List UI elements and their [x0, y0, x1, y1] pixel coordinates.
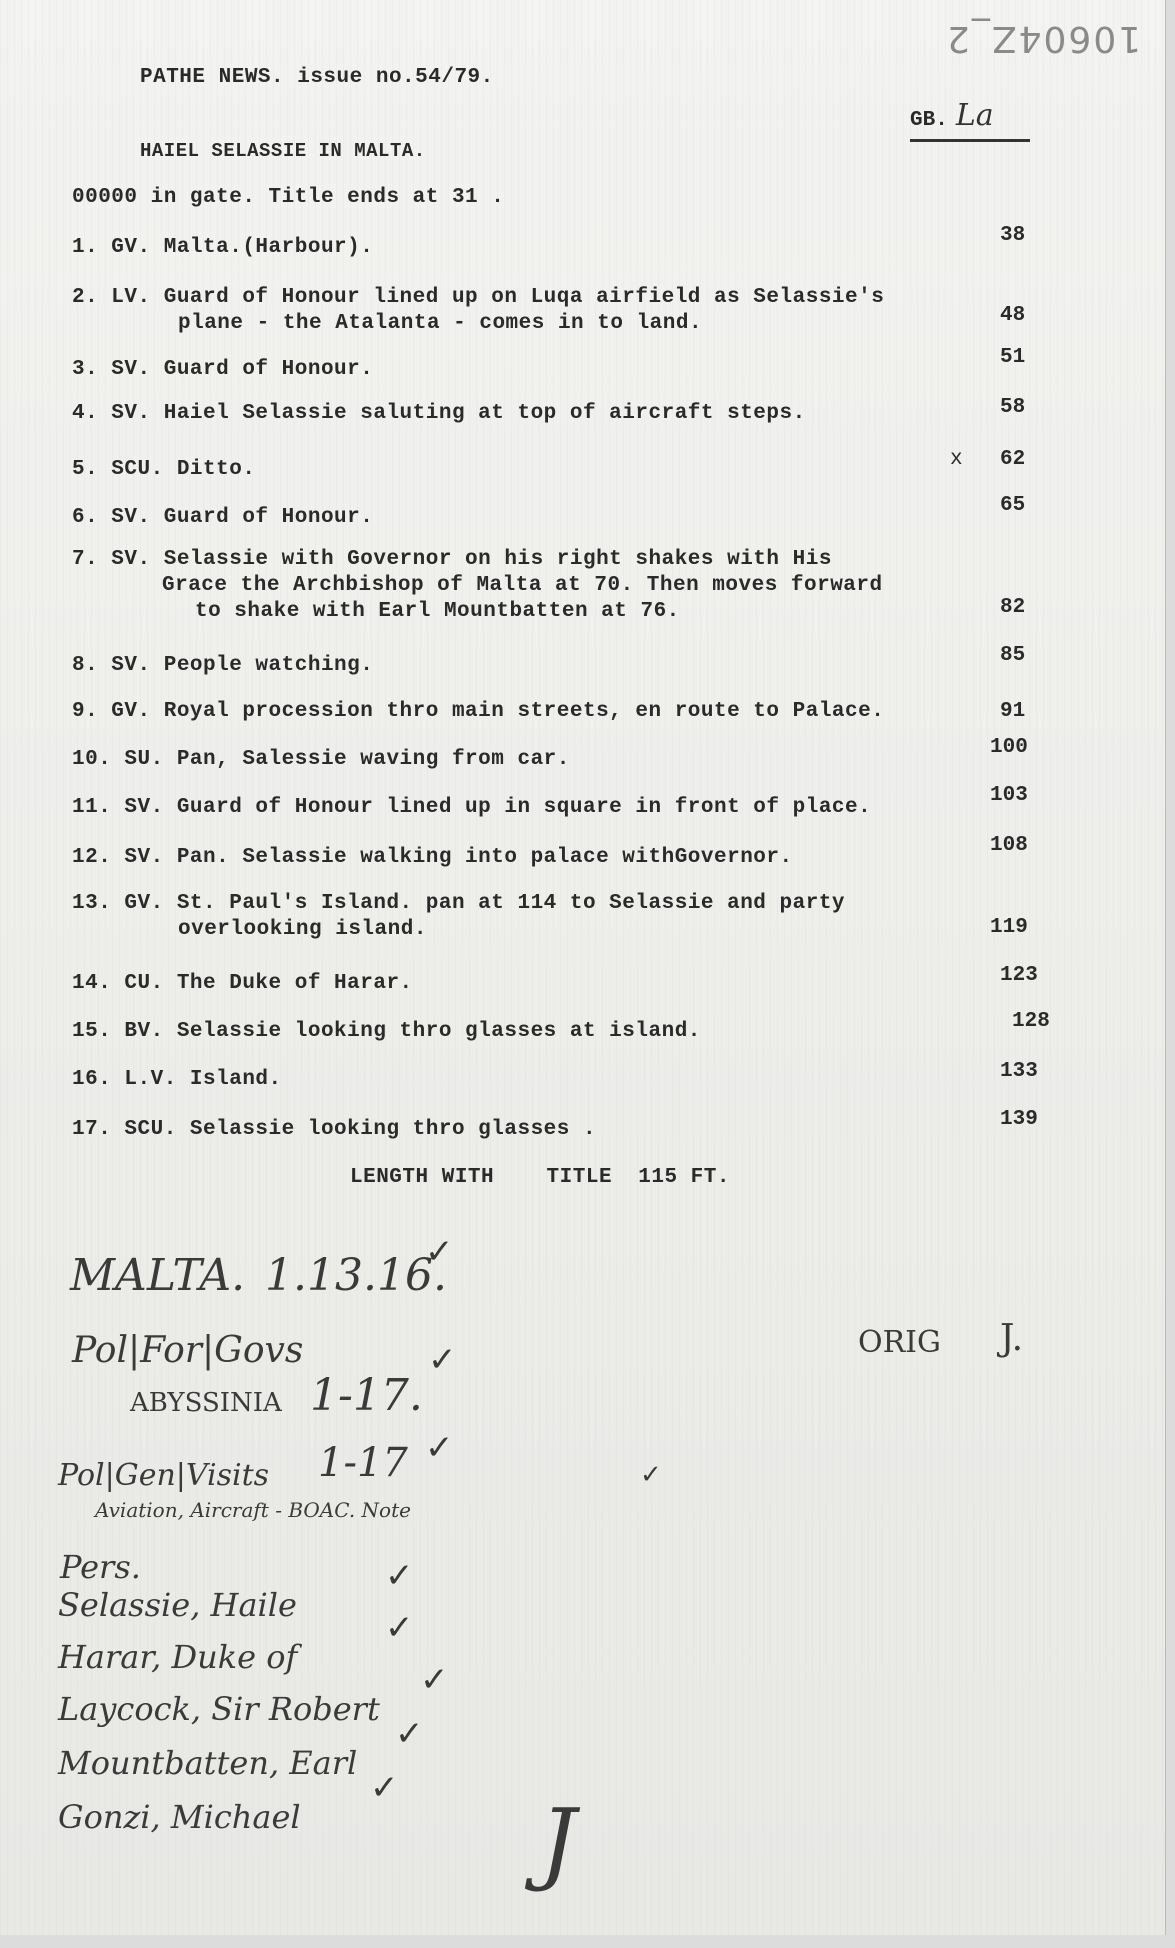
shot-footage: 62 — [1000, 448, 1025, 471]
hw-aviation: Aviation, Aircraft - BOAC. Note — [95, 1498, 411, 1522]
check-mark-icon: ✓ — [370, 1768, 399, 1808]
check-mark-icon: ✓ — [420, 1660, 449, 1700]
shot-description: 9. GV. Royal procession thro main street… — [72, 700, 884, 723]
hw-person: Laycock, Sir Robert — [58, 1690, 380, 1728]
shot-footage: 85 — [1000, 644, 1025, 667]
shot-description: 8. SV. People watching. — [72, 654, 373, 677]
shot-description: 7. SV. Selassie with Governor on his rig… — [72, 548, 832, 571]
shot-footage: 103 — [990, 784, 1028, 807]
shot-description: 3. SV. Guard of Honour. — [72, 358, 373, 381]
signature: J — [540, 1790, 576, 1895]
shot-description: to shake with Earl Mountbatten at 76. — [195, 600, 680, 623]
shot-description: 11. SV. Guard of Honour lined up in squa… — [72, 796, 871, 819]
shot-description: 4. SV. Haiel Selassie saluting at top of… — [72, 402, 806, 425]
hw-malta-range: 1.13.16. — [265, 1250, 447, 1301]
gb-handwritten: La — [956, 98, 994, 133]
shot-description: 13. GV. St. Paul's Island. pan at 114 to… — [72, 892, 845, 915]
gb-text: GB. — [910, 109, 948, 132]
shot-footage: 91 — [1000, 700, 1025, 723]
shot-description: 17. SCU. Selassie looking thro glasses . — [72, 1118, 596, 1141]
story-title: HAIEL SELASSIE IN MALTA. — [140, 140, 426, 162]
hw-abyssinia: ABYSSINIA — [130, 1388, 282, 1418]
shot-description: Grace the Archbishop of Malta at 70. The… — [162, 574, 883, 597]
issue-header: PATHE NEWS. issue no.54/79. — [140, 66, 494, 89]
shot-footage: 100 — [990, 736, 1028, 759]
check-mark-icon: ✓ — [425, 1232, 454, 1272]
hw-abyssinia-range: 1-17. — [310, 1370, 423, 1421]
hw-person: Gonzi, Michael — [58, 1798, 301, 1836]
shot-description: 6. SV. Guard of Honour. — [72, 506, 373, 529]
shot-description: plane - the Atalanta - comes in to land. — [178, 312, 702, 335]
check-mark-icon: ✓ — [425, 1428, 454, 1468]
shot-footage: 139 — [1000, 1108, 1038, 1131]
shot-footage: 128 — [1012, 1010, 1050, 1033]
check-mark-icon: ✓ — [428, 1340, 457, 1380]
shot-footage: 82 — [1000, 596, 1025, 619]
shot-footage: 48 — [1000, 304, 1025, 327]
shot-footage: 119 — [990, 916, 1028, 939]
hw-pol-gen-visits: Pol|Gen|Visits — [58, 1458, 269, 1493]
hw-malta: MALTA. — [70, 1250, 245, 1301]
shot-footage: 58 — [1000, 396, 1025, 419]
check-mark-icon: ✓ — [640, 1460, 662, 1490]
hw-pers: Pers. — [60, 1548, 141, 1586]
shot-description: 16. L.V. Island. — [72, 1068, 282, 1091]
gb-label: GB.La — [910, 98, 1030, 142]
check-mark-icon: ✓ — [395, 1714, 424, 1754]
shot-description: 5. SCU. Ditto. — [72, 458, 255, 481]
check-mark-icon: ✓ — [385, 1556, 414, 1596]
shot-footage: 65 — [1000, 494, 1025, 517]
shot-footage: 108 — [990, 834, 1028, 857]
document-page: 10604Z_2 PATHE NEWS. issue no.54/79. GB.… — [0, 0, 1166, 1935]
shot-description: 10. SU. Pan, Salessie waving from car. — [72, 748, 570, 771]
hw-pol-gen-range: 1-17 — [318, 1440, 408, 1486]
shot-description: 15. BV. Selassie looking thro glasses at… — [72, 1020, 701, 1043]
shot-description: 14. CU. The Duke of Harar. — [72, 972, 413, 995]
intro-line: 00000 in gate. Title ends at 31 . — [72, 186, 504, 209]
shot-description: overlooking island. — [178, 918, 427, 941]
shot-footage: 51 — [1000, 346, 1025, 369]
length-line: LENGTH WITH TITLE 115 FT. — [350, 1166, 730, 1189]
shot-description: 12. SV. Pan. Selassie walking into palac… — [72, 846, 793, 869]
hw-person: Selassie, Haile — [58, 1586, 297, 1624]
hw-pol-for-govs: Pol|For|Govs — [72, 1330, 303, 1371]
shot-description: 2. LV. Guard of Honour lined up on Luqa … — [72, 286, 884, 309]
shot-mark: x — [950, 448, 963, 471]
shot-description: 1. GV. Malta.(Harbour). — [72, 236, 373, 259]
hw-orig-initial: J. — [1000, 1318, 1023, 1359]
hw-person: Mountbatten, Earl — [58, 1744, 357, 1782]
shot-footage: 38 — [1000, 224, 1025, 247]
shot-footage: 133 — [1000, 1060, 1038, 1083]
hw-orig: ORIG — [858, 1325, 941, 1360]
check-mark-icon: ✓ — [385, 1608, 414, 1648]
shot-footage: 123 — [1000, 964, 1038, 987]
reference-number: 10604Z_2 — [945, 18, 1141, 59]
hw-person: Harar, Duke of — [58, 1638, 297, 1676]
